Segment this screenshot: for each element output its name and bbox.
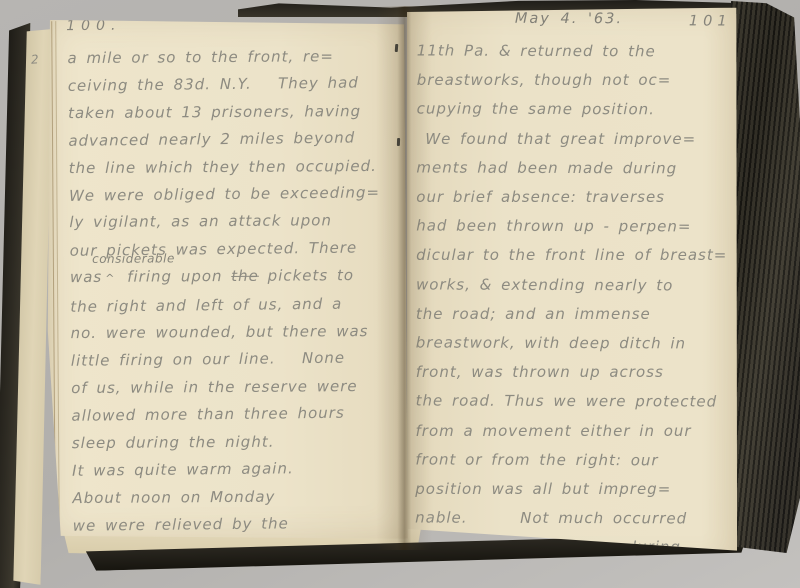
journal-line: front, was thrown up across bbox=[416, 358, 734, 387]
date-header: May 4. '63. bbox=[515, 11, 623, 27]
insertion-caret: ^ bbox=[105, 272, 115, 285]
journal-line: ly vigilant, as an attack upon bbox=[69, 207, 399, 237]
right-page: May 4. '63. 101 11th Pa. & returned to t… bbox=[405, 6, 739, 564]
line-segment: pickets to bbox=[259, 266, 354, 285]
inserted-word: considerable bbox=[92, 245, 175, 273]
journal-line: a mile or so to the front, re= bbox=[67, 43, 397, 73]
journal-line: the road; and an immense bbox=[416, 300, 734, 329]
journal-line: allowed more than three hours bbox=[71, 399, 401, 430]
journal-line: no. were wounded, but there was bbox=[70, 318, 400, 348]
struck-word: the bbox=[231, 267, 259, 285]
journal-line: cupying the same position. bbox=[417, 95, 735, 125]
journal-line: About noon on Monday bbox=[72, 482, 402, 512]
journal-line: front or from the right: our bbox=[415, 445, 733, 475]
journal-line: little firing on our line. None bbox=[71, 345, 401, 376]
journal-line: our brief absence: traverses bbox=[416, 183, 734, 212]
journal-line: We found that great improve= bbox=[417, 125, 735, 154]
diary-photo: 2 100. a mile or so to the front, re= ce… bbox=[0, 0, 800, 588]
journal-line: advanced nearly 2 miles beyond bbox=[68, 124, 398, 155]
journal-line: we were relieved by the bbox=[73, 509, 403, 540]
journal-line: sleep during the night. bbox=[72, 427, 402, 457]
journal-line: dicular to the front line of breast= bbox=[416, 241, 734, 270]
binding-stitch bbox=[397, 138, 400, 146]
journal-line: 11th Pa. & returned to the bbox=[417, 36, 735, 66]
binding-stitch bbox=[395, 44, 399, 52]
journal-text-right: 11th Pa. & returned to the breastworks, … bbox=[415, 36, 735, 563]
journal-line: breastworks, though not oc= bbox=[417, 66, 735, 95]
journal-line: had been thrown up - perpen= bbox=[416, 212, 734, 242]
page-number-left: 100. bbox=[66, 18, 121, 34]
insertion-anchor: considerable^ bbox=[102, 268, 118, 286]
journal-line: breastwork, with deep ditch in bbox=[416, 328, 734, 358]
journal-line: from a movement either in our bbox=[415, 417, 733, 446]
page-number-right: 101 bbox=[689, 13, 732, 29]
journal-line-with-insertion: wasconsiderable^ firing upon the pickets… bbox=[70, 262, 400, 293]
journal-line: position was all but impreg= bbox=[415, 475, 733, 504]
journal-line: nable. Not much occurred bbox=[415, 504, 733, 534]
journal-line: ments had been made during bbox=[416, 153, 734, 183]
journal-line: the road. Thus we were protected bbox=[416, 387, 734, 417]
journal-line: We were obliged to be exceeding= bbox=[69, 179, 399, 210]
journal-line: It was quite warm again. bbox=[72, 454, 402, 485]
journal-line: the right and left of us, and a bbox=[70, 290, 400, 321]
journal-line: the line which they then occupied. bbox=[69, 152, 399, 182]
journal-line: works, & extending nearly to bbox=[416, 270, 734, 300]
page-edge-mark: 2 bbox=[30, 52, 40, 67]
journal-text-left: a mile or so to the front, re= ceiving t… bbox=[67, 42, 403, 540]
left-page: 100. a mile or so to the front, re= ceiv… bbox=[44, 13, 408, 542]
journal-line: ceiving the 83d. N.Y. They had bbox=[68, 69, 398, 100]
journal-line: of us, while in the reserve were bbox=[71, 373, 401, 403]
journal-line: taken about 13 prisoners, having bbox=[68, 98, 398, 128]
